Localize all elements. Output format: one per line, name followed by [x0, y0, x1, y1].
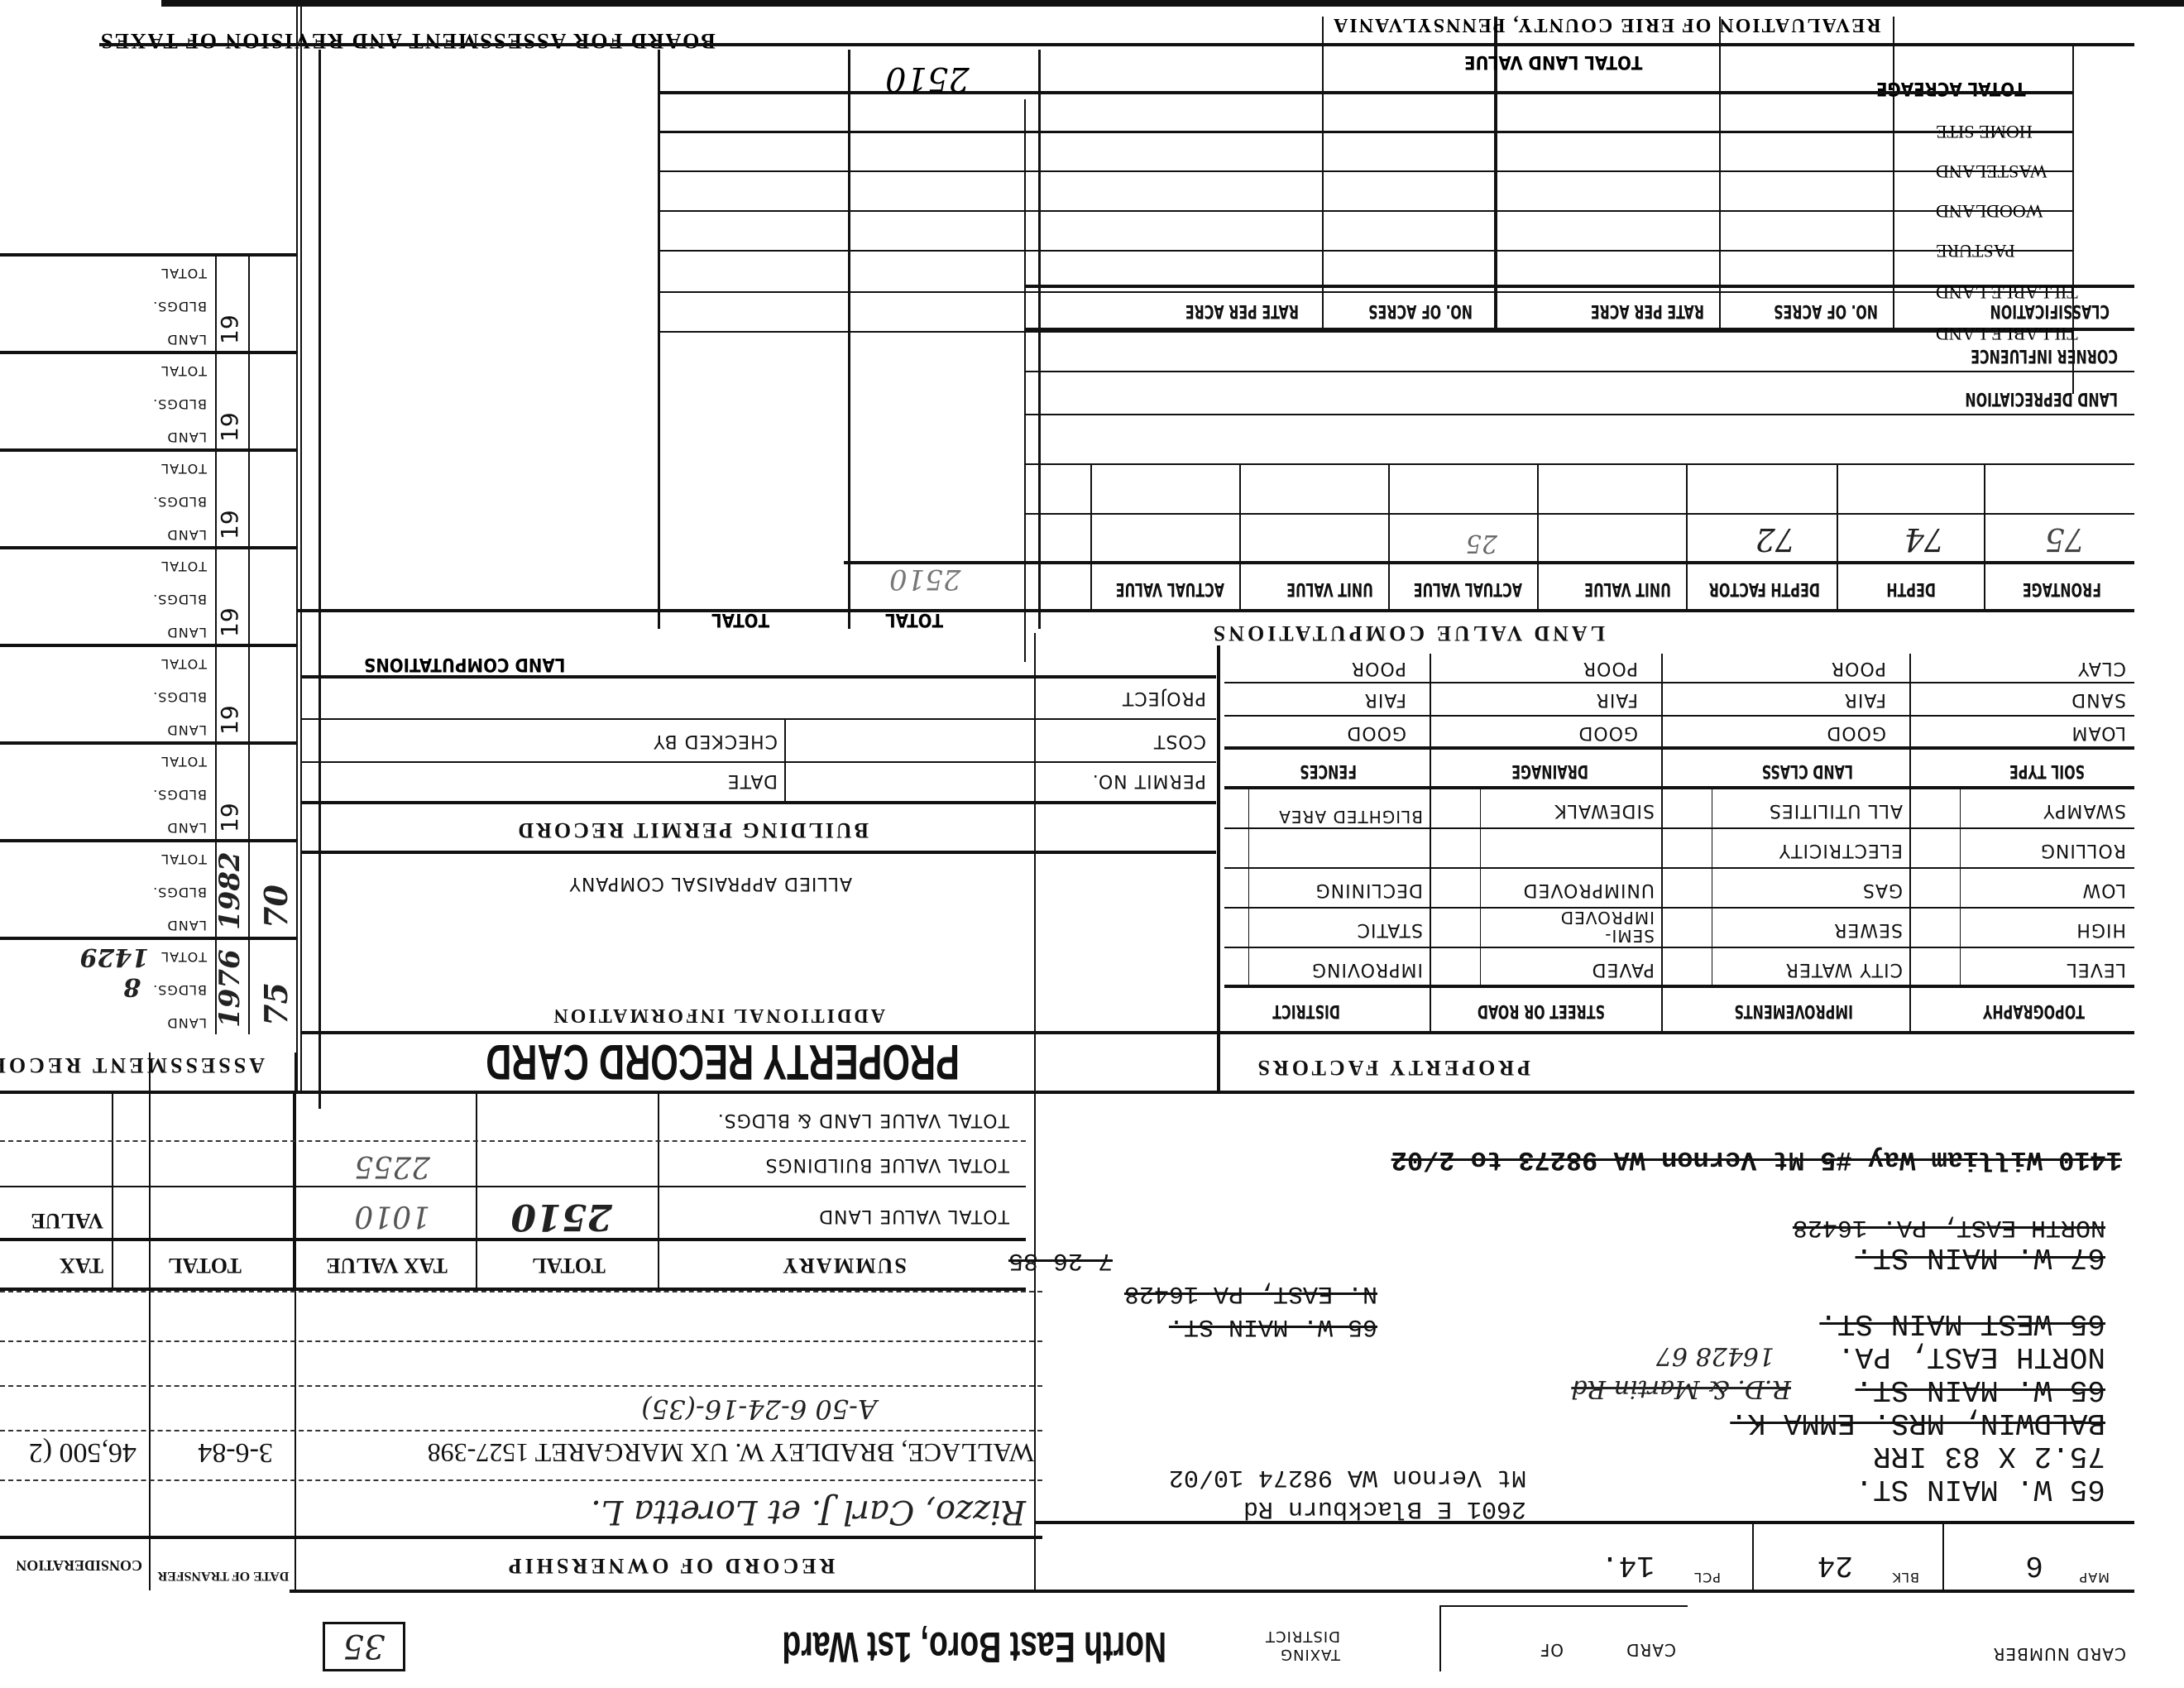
- assessment-block: 19 LAND BLDGS. TOTAL: [0, 448, 298, 546]
- assessment-year-cell: 1976: [215, 937, 248, 1034]
- divider: [293, 1092, 296, 1291]
- owner-address-block: 65 W. MAIN ST. 75.2 X 83 IRR BALDWIN, MR…: [1038, 1109, 2105, 1506]
- owner-line-struck: 67 W. MAIN ST.: [1856, 1240, 2105, 1274]
- assessment-year: 19: [216, 803, 243, 832]
- card-title: PROPERTY RECORD CARD: [486, 1033, 960, 1091]
- row-line: [1026, 414, 2134, 415]
- appraisal-company: ALLIED APPRAISAL COMPANY: [568, 873, 852, 894]
- row-label-total: TOTAL: [160, 559, 207, 574]
- actual-value: 25: [1466, 529, 1497, 558]
- col-unit-value-2: UNIT VALUE: [1286, 578, 1373, 599]
- row-line: [0, 1291, 1042, 1292]
- assessment-block: 19 LAND BLDGS. TOTAL: [0, 253, 298, 351]
- of-label: OF: [1540, 1640, 1564, 1660]
- land-depreciation-label: LAND DEPRECIATION: [1965, 388, 2118, 409]
- land-value-title: LAND VALUE COMPUTATIONS: [1210, 621, 1605, 645]
- assessment-year: 19: [216, 705, 243, 735]
- assessment-record-grid: 75 1976 LAND BLDGS. TOTAL 8 1429 70 1982…: [0, 0, 298, 1034]
- row-label-total: TOTAL: [160, 461, 207, 477]
- owner-line: NORTH EAST, PA.: [1837, 1340, 2105, 1374]
- assessment-year-cell: 19: [215, 546, 248, 644]
- card-number-label-text: CARD NUMBER: [1993, 1644, 2126, 1664]
- fences-good: GOOD: [1346, 722, 1406, 743]
- assessment-total-value: 1429: [80, 942, 150, 971]
- divider: [1984, 463, 1985, 612]
- mailing-address-line-struck: N. EAST, PA 16428: [1124, 1279, 1377, 1307]
- assessment-year-cell: 19: [215, 351, 248, 448]
- row-label-bldgs: BLDGS.: [152, 689, 207, 705]
- factor-improving: IMPROVING: [1311, 959, 1423, 980]
- soil-clay: CLAY: [2077, 658, 2126, 679]
- assessment-side-cell: [248, 253, 298, 351]
- col-fences: FENCES: [1300, 760, 1357, 781]
- assessment-year: 19: [216, 510, 243, 539]
- card-of-box: CARD OF: [1439, 1605, 1688, 1671]
- mailing-address-line: Mt Vernon WA 98274 10/02: [1169, 1463, 1526, 1491]
- land-class-fair: FAIR: [1844, 689, 1886, 710]
- row-label-land: LAND: [166, 527, 207, 543]
- divider: [1960, 789, 1961, 988]
- divider: [1239, 463, 1241, 612]
- owner-entry: Rizzo, Carl J. et Loretta L.: [591, 1493, 1026, 1531]
- col-no-of-acres-2: NO. OF ACRES: [1368, 300, 1473, 321]
- assessment-year: 1976: [213, 949, 247, 1028]
- map-value: 6: [2025, 1548, 2043, 1582]
- divider: [1224, 985, 2134, 988]
- divider: [1388, 463, 1390, 612]
- row-label-bldgs: BLDGS.: [152, 494, 207, 510]
- row-label-total: TOTAL: [160, 363, 207, 379]
- divider: [1090, 463, 1092, 612]
- row-line: [1026, 513, 2134, 515]
- factor-all-utilities: ALL UTILITIES: [1769, 800, 1903, 821]
- owner-entry: A-50 6-24-16-(35): [641, 1393, 877, 1425]
- blk-value: 24: [1818, 1548, 1853, 1582]
- mailing-address-line: 2601 E Blackburn Rd: [1243, 1494, 1526, 1523]
- divider: [1719, 17, 1721, 331]
- divider: [1480, 789, 1481, 988]
- map-label: MAP: [2079, 1570, 2110, 1585]
- divider: [1248, 789, 1249, 988]
- row-label-land: LAND: [166, 918, 207, 933]
- row-line: [0, 1340, 1042, 1342]
- assessment-block: 19 LAND BLDGS. TOTAL: [0, 644, 298, 741]
- owner-line-struck: 65 WEST MAIN ST.: [1819, 1307, 2105, 1340]
- pcl-label: PCL: [1693, 1570, 1721, 1585]
- divider: [476, 1092, 477, 1291]
- permit-date-label: DATE: [727, 770, 778, 791]
- factor-level: LEVEL: [2067, 959, 2126, 980]
- divider: [0, 1288, 1026, 1291]
- divider: [1034, 1521, 2134, 1524]
- permit-checked-by-label: CHECKED BY: [653, 731, 778, 751]
- col-actual-value: ACTUAL VALUE: [1414, 578, 1522, 599]
- summary-land-tax-value: 1010: [354, 1199, 430, 1233]
- assessment-year-cell: 19: [215, 741, 248, 839]
- factor-paved: PAVED: [1592, 959, 1655, 980]
- row-label-total: TOTAL: [160, 266, 207, 281]
- divider: [1537, 463, 1539, 612]
- consideration-header: CONSIDERATION: [0, 1541, 149, 1590]
- row-line: [0, 1385, 1042, 1387]
- land-class-poor: POOR: [1831, 658, 1886, 679]
- factor-high: HIGH: [2076, 919, 2126, 940]
- col-depth: DEPTH: [1886, 578, 1936, 599]
- divider: [1752, 1524, 1754, 1590]
- row-line: [0, 1479, 1042, 1481]
- divider: [302, 675, 1216, 679]
- row-line: [1224, 682, 2134, 683]
- divider: [1909, 654, 1911, 1034]
- factor-static: STATIC: [1357, 919, 1423, 940]
- divider: [1686, 463, 1688, 612]
- row-line: [302, 761, 1216, 763]
- owner-line-struck: BALDWIN, MRS. EMMA K.: [1730, 1406, 2105, 1440]
- divider: [0, 1536, 1042, 1539]
- row-label-land: LAND: [166, 429, 207, 445]
- assessment-record-title: ASSESSMENT RECORD: [0, 1053, 265, 1077]
- transfer-date: 3-6-84: [198, 1436, 273, 1468]
- divider: [112, 1092, 113, 1291]
- col-improvements: IMPROVEMENTS: [1734, 1000, 1853, 1021]
- mailing-address-line-struck: 65 W. MAIN ST.: [1169, 1312, 1377, 1340]
- fences-fair: FAIR: [1364, 689, 1406, 710]
- assessment-block: 19 LAND BLDGS. TOTAL: [0, 546, 298, 644]
- assessment-year-cell: 19: [215, 644, 248, 741]
- summary-total-header-2: TOTAL: [116, 1243, 294, 1288]
- soil-sand: SAND: [2071, 689, 2126, 710]
- row-label-bldgs: BLDGS.: [152, 299, 207, 314]
- summary-row-label: TOTAL VALUE LAND & BLDGS.: [717, 1110, 1009, 1130]
- divider: [302, 851, 1216, 854]
- summary-buildings-tax-value: 2255: [354, 1149, 430, 1183]
- row-line: [302, 718, 1216, 720]
- divider: [1494, 17, 1497, 331]
- divider: [1224, 786, 2134, 789]
- permit-cost-label: COST: [1153, 731, 1206, 751]
- divider: [302, 801, 1216, 804]
- classification-table: CLASSIFICATION NO. OF ACRES RATE PER ACR…: [1026, 0, 2134, 331]
- factor-electricity: ELECTRICITY: [1779, 840, 1903, 861]
- assessment-bldgs-value: 8: [123, 972, 141, 1001]
- assessment-side-cell: 75: [248, 937, 298, 1034]
- summary-tax-value-header-2: TAX VALUE: [0, 1243, 112, 1288]
- row-label-bldgs: BLDGS.: [152, 592, 207, 607]
- owner-line-struck: 65 W. MAIN ST.: [1856, 1373, 2105, 1407]
- summary-row-label: TOTAL VALUE LAND: [818, 1206, 1009, 1226]
- row-label-land: LAND: [166, 625, 207, 640]
- factor-low: LOW: [2081, 880, 2126, 900]
- row-label-bldgs: BLDGS.: [152, 787, 207, 803]
- col-depth-factor: DEPTH FACTOR: [1709, 578, 1820, 599]
- additional-info-title: ADDITIONAL INFORMATION: [551, 1004, 885, 1026]
- district-box-number: 35: [323, 1622, 405, 1671]
- row-label-total: TOTAL: [160, 656, 207, 672]
- col-land-class: LAND CLASS: [1762, 760, 1853, 781]
- col-no-of-acres: NO. OF ACRES: [1774, 300, 1878, 321]
- owner-line: 75.2 X 83 IRR: [1873, 1439, 2105, 1473]
- ownership-title: RECORD OF OWNERSHIP: [298, 1541, 1042, 1590]
- row-line: [1026, 371, 2134, 372]
- col-rate-per-acre-2: RATE PER ACRE: [1185, 300, 1299, 321]
- taxing-district-value: North East Boro, 1st Ward: [782, 1622, 1166, 1671]
- divider: [1322, 17, 1324, 331]
- soil-loam: LOAM: [2071, 722, 2126, 743]
- assessment-side-cell: [248, 546, 298, 644]
- permit-project-label: PROJECT: [1122, 688, 1206, 708]
- summary-tax-value-header: TAX VALUE: [298, 1243, 476, 1288]
- assessment-year: 19: [216, 412, 243, 442]
- drainage-fair: FAIR: [1596, 689, 1638, 710]
- col-district: DISTRICT: [1272, 1000, 1340, 1021]
- factor-semi-improved: SEMI-IMPROVED: [1522, 909, 1655, 945]
- assessment-side-value: 70: [257, 885, 295, 928]
- divider: [1026, 285, 2134, 288]
- divider: [1837, 463, 1838, 612]
- assessment-year: 1982: [213, 851, 247, 930]
- divider: [1217, 645, 1220, 1092]
- divider: [1661, 654, 1663, 1034]
- card-title-area: PROPERTY RECORD CARD: [298, 1034, 1026, 1092]
- divider: [1712, 789, 1712, 988]
- factor-swampy: SWAMPY: [2043, 800, 2126, 821]
- col-soil-type: SOIL TYPE: [2009, 760, 2085, 781]
- col-frontage: FRONTAGE: [2023, 578, 2101, 599]
- row-line: [1224, 715, 2134, 717]
- owner-line-struck: NORTH EAST, PA. 16428: [1793, 1213, 2105, 1241]
- col-topography: TOPOGRAPHY: [1983, 1000, 2085, 1021]
- summary-title: SUMMARY: [662, 1243, 1026, 1288]
- factor-unimproved: UNIMPROVED: [1523, 880, 1655, 900]
- divider: [844, 561, 2134, 564]
- depth-factor-value: 72: [1755, 521, 1795, 558]
- assessment-side-value: 75: [257, 982, 295, 1026]
- row-label-total: TOTAL: [160, 949, 207, 965]
- property-factors-title: PROPERTY FACTORS: [1255, 1055, 1530, 1080]
- factor-gas: GAS: [1862, 880, 1903, 900]
- col-rate-per-acre: RATE PER ACRE: [1591, 300, 1704, 321]
- row-line: [0, 1186, 1026, 1187]
- assessment-block: 70 1982 LAND BLDGS. TOTAL: [0, 839, 298, 937]
- col-drainage: DRAINAGE: [1511, 760, 1588, 781]
- handwritten-note: 16428 67: [1656, 1341, 1774, 1370]
- factor-sidewalk: SIDEWALK: [1554, 800, 1655, 821]
- row-line: [1224, 907, 2134, 909]
- row-label-bldgs: BLDGS.: [152, 396, 207, 412]
- row-line: [0, 1430, 1042, 1431]
- row-line: [0, 1140, 1026, 1142]
- summary-land-total: 2510: [511, 1196, 612, 1238]
- drainage-good: GOOD: [1578, 722, 1638, 743]
- additional-info-section: ADDITIONAL INFORMATION ALLIED APPRAISAL …: [302, 645, 1216, 1034]
- assessment-side-cell: [248, 351, 298, 448]
- divider: [1893, 17, 1894, 331]
- assessment-year-cell: 1982: [215, 839, 248, 937]
- assessment-block: 19 LAND BLDGS. TOTAL: [0, 741, 298, 839]
- row-label-land: LAND: [166, 722, 207, 738]
- building-permit-title: BUILDING PERMIT RECORD: [515, 818, 869, 842]
- factor-sewer: SEWER: [1833, 919, 1903, 940]
- factor-city-water: CITY WATER: [1785, 959, 1903, 980]
- row-label-land: LAND: [166, 332, 207, 348]
- col-unit-value: UNIT VALUE: [1584, 578, 1671, 599]
- assessment-block: 19 LAND BLDGS. TOTAL: [0, 351, 298, 448]
- summary-total-header: TOTAL: [480, 1243, 658, 1288]
- assessment-year-cell: 19: [215, 253, 248, 351]
- corner-influence-label: CORNER INFLUENCE: [1971, 345, 2118, 366]
- assessment-block: 75 1976 LAND BLDGS. TOTAL 8 1429: [0, 937, 298, 1034]
- card-number-label: CARD NUMBER: [1993, 1645, 2126, 1663]
- assessment-side-cell: [248, 448, 298, 546]
- property-factors-table: TOPOGRAPHY IMPROVEMENTS STREET OR ROAD D…: [1224, 654, 2134, 1034]
- assessment-side-cell: [248, 644, 298, 741]
- assessment-year: 19: [216, 607, 243, 637]
- drainage-poor: POOR: [1583, 658, 1638, 679]
- land-class-good: GOOD: [1826, 722, 1886, 743]
- divider: [658, 1092, 659, 1291]
- divider: [1430, 654, 1431, 1034]
- depth-value: 74: [1904, 521, 1944, 558]
- taxing-district-label: TAXING DISTRICT: [1208, 1627, 1340, 1663]
- row-label-total: TOTAL: [160, 851, 207, 867]
- divider: [1942, 1524, 1944, 1590]
- owner-line: 65 W. MAIN ST.: [1856, 1472, 2105, 1506]
- land-value-header-row: FRONTAGE DEPTH DEPTH FACTOR UNIT VALUE A…: [811, 563, 2134, 612]
- factor-declining: DECLINING: [1315, 880, 1423, 900]
- factor-blighted-area: BLIGHTED AREA: [1274, 808, 1423, 826]
- row-label-bldgs: BLDGS.: [152, 982, 207, 998]
- owner-line-struck: 1410 William Way #5 Mt Vernon WA 98273 t…: [1391, 1144, 2122, 1175]
- factor-rolling: ROLLING: [2040, 840, 2126, 861]
- divider: [0, 1238, 1026, 1241]
- parcel-row: MAP 6 BLK 24 PCL 14.: [1034, 1524, 2134, 1590]
- consideration-value: 46,500 (2: [29, 1436, 136, 1468]
- assessment-side-cell: [248, 741, 298, 839]
- owner-entry: WALLACE, BRADLEY W. UX MARGARET 1527-398: [428, 1437, 1034, 1468]
- date-of-transfer-header: DATE OF TRANSFER: [153, 1541, 294, 1590]
- property-record-card: CARD NUMBER CARD OF TAXING DISTRICT Nort…: [0, 0, 2184, 1688]
- assessment-year: 19: [216, 314, 243, 344]
- row-line: [1224, 827, 2134, 829]
- row-label-bldgs: BLDGS.: [152, 885, 207, 900]
- row-label-total: TOTAL: [160, 754, 207, 770]
- fences-poor: POOR: [1351, 658, 1406, 679]
- row-label-land: LAND: [166, 1015, 207, 1031]
- permit-no-label: PERMIT NO.: [1092, 770, 1206, 791]
- summary-row-label: TOTAL VALUE BUILDINGS: [765, 1154, 1009, 1175]
- divider: [1224, 746, 2134, 750]
- row-label-land: LAND: [166, 820, 207, 836]
- pcl-value: 14.: [1601, 1548, 1655, 1582]
- frontage-value: 75: [2045, 521, 2085, 558]
- assessment-year-cell: 19: [215, 448, 248, 546]
- col-actual-value-2: ACTUAL VALUE: [1116, 578, 1224, 599]
- col-street-road: STREET OR ROAD: [1478, 1000, 1605, 1021]
- classification-header: CLASSIFICATION: [1990, 300, 2110, 321]
- card-label: CARD: [1626, 1640, 1676, 1660]
- assessment-side-cell: 70: [248, 839, 298, 937]
- row-line: [1224, 867, 2134, 869]
- blk-label: BLK: [1892, 1570, 1919, 1585]
- row-line: [1026, 463, 2134, 465]
- row-line: [1224, 947, 2134, 948]
- handwritten-note: R.D. & Martin Rd: [1571, 1374, 1791, 1403]
